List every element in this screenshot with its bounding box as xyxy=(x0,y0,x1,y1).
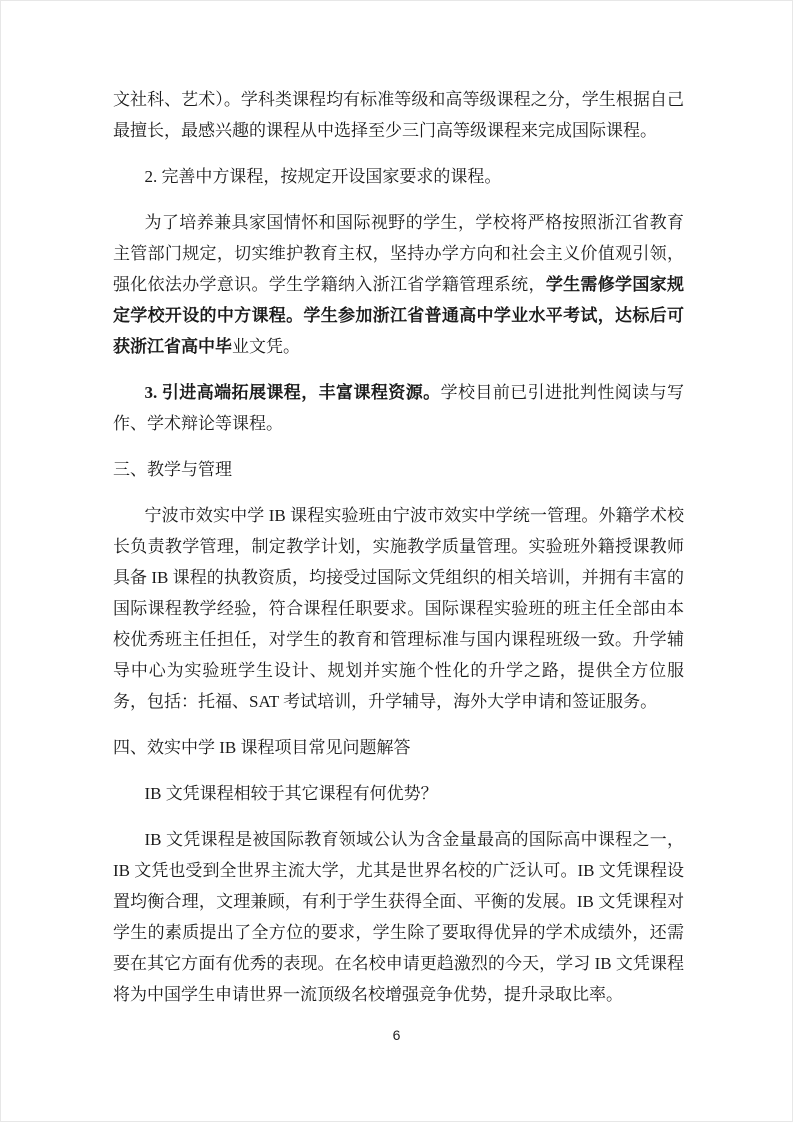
paragraph-ib-advantage: IB 文凭课程是被国际教育领域公认为含金量最高的国际高中课程之一，IB 文凭也受… xyxy=(113,824,684,1010)
text-run-bold: 3. 引进高端拓展课程，丰富课程资源。 xyxy=(144,383,440,402)
list-item-2-heading: 2. 完善中方课程，按规定开设国家要求的课程。 xyxy=(113,161,684,192)
paragraph-chinese-curriculum: 为了培养兼具家国情怀和国际视野的学生，学校将严格按照浙江省教育主管部门规定，切实… xyxy=(113,207,684,362)
text-run-regular: 业文凭。 xyxy=(232,337,300,356)
paragraph-teaching-management: 宁波市效实中学 IB 课程实验班由宁波市效实中学统一管理。外籍学术校长负责教学管… xyxy=(113,500,684,717)
section-heading-teaching-management: 三、教学与管理 xyxy=(113,454,684,485)
paragraph-course-continuation: 文社科、艺术）。学科类课程均有标准等级和高等级课程之分，学生根据自己最擅长，最感… xyxy=(113,84,684,146)
page-number: 6 xyxy=(0,1026,793,1044)
faq-question: IB 文凭课程相较于其它课程有何优势？ xyxy=(113,778,684,809)
section-heading-faq: 四、效实中学 IB 课程项目常见问题解答 xyxy=(113,732,684,763)
document-page: 文社科、艺术）。学科类课程均有标准等级和高等级课程之分，学生根据自己最擅长，最感… xyxy=(0,0,793,1122)
list-item-3: 3. 引进高端拓展课程，丰富课程资源。学校目前已引进批判性阅读与写作、学术辩论等… xyxy=(113,377,684,439)
